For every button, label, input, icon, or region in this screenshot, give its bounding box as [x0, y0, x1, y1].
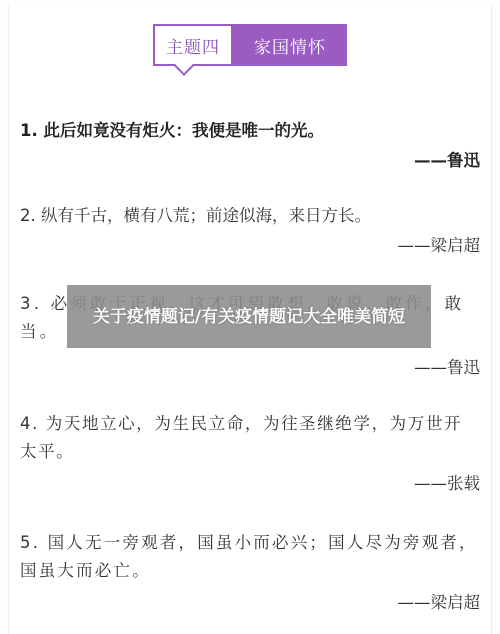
- quote-item-1: 1. 此后如竟没有炬火：我便是唯一的光。 ——鲁迅: [20, 117, 480, 145]
- theme-title-text: 家国情怀: [254, 33, 326, 58]
- quote-text: 2. 纵有千古，横有八荒；前途似海，来日方长。: [20, 202, 480, 230]
- quote-author: ——梁启超: [398, 589, 481, 613]
- quote-text: 5. 国人无一旁观者，国虽小而必兴；国人尽为旁观者，国虽大而必亡。: [20, 529, 480, 585]
- theme-number-label: 主题四: [153, 24, 233, 66]
- title-overlay-banner: 关于疫情题记/有关疫情题记大全唯美简短: [67, 285, 431, 348]
- quote-author: ——张载: [414, 470, 480, 494]
- theme-tag: 主题四 家国情怀: [153, 24, 347, 66]
- quote-item-2: 2. 纵有千古，横有八荒；前途似海，来日方长。 ——梁启超: [20, 202, 480, 230]
- quote-author: ——鲁迅: [414, 354, 480, 378]
- overlay-title: 关于疫情题记/有关疫情题记大全唯美简短: [93, 306, 405, 328]
- quote-item-4: 4. 为天地立心，为生民立命，为往圣继绝学，为万世开太平。 ——张载: [20, 410, 480, 466]
- quote-author: ——鲁迅: [414, 147, 480, 171]
- theme-number-text: 主题四: [166, 33, 220, 58]
- quote-item-5: 5. 国人无一旁观者，国虽小而必兴；国人尽为旁观者，国虽大而必亡。 ——梁启超: [20, 529, 480, 585]
- quote-text: 4. 为天地立心，为生民立命，为往圣继绝学，为万世开太平。: [20, 410, 480, 466]
- theme-title-label: 家国情怀: [233, 24, 347, 66]
- quote-author: ——梁启超: [398, 232, 481, 256]
- quote-text: 1. 此后如竟没有炬火：我便是唯一的光。: [20, 117, 480, 145]
